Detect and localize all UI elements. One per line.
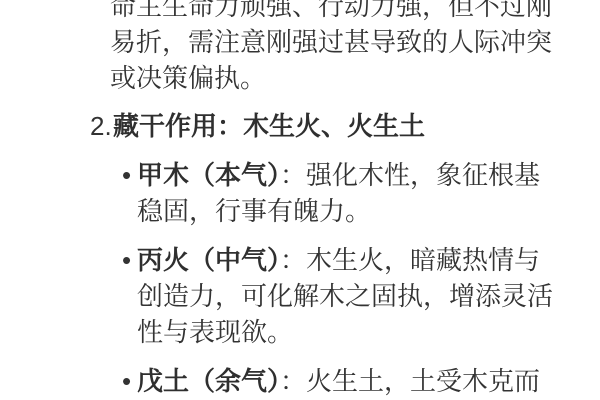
bullet-marker-icon: • <box>122 363 137 399</box>
bullet-text: 丙火（中气）：木生火，暗藏热情与 创造力，可化解木之固执，增添灵活 性与表现欲。 <box>137 242 600 350</box>
intro-paragraph: 命主生命力顽强、行动力强，但不过刚 易折，需注意刚强过甚导致的人际冲突 或决策偏… <box>110 0 600 96</box>
bullet-item: • 甲木（本气）：强化木性，象征根基 稳固，行事有魄力。 <box>122 157 600 229</box>
bullet-list: • 甲木（本气）：强化木性，象征根基 稳固，行事有魄力。 • 丙火（中气）：木生… <box>0 157 600 399</box>
paragraph-line: 命主生命力顽强、行动力强，但不过刚 <box>110 0 600 24</box>
bullet-first-line: 甲木（本气）：强化木性，象征根基 <box>137 157 600 193</box>
bullet-line-rest: ：火生土，土受木克而 <box>280 366 540 396</box>
bullet-line-rest: ：木生火，暗藏热情与 <box>280 245 540 275</box>
item-title: 藏干作用：木生火、火生土 <box>113 111 425 141</box>
bullet-term: 丙火（中气） <box>137 245 280 275</box>
bullet-wrap-line: 稳固，行事有魄力。 <box>137 193 600 229</box>
bullet-marker-icon: • <box>122 157 137 193</box>
bullet-text: 甲木（本气）：强化木性，象征根基 稳固，行事有魄力。 <box>137 157 600 229</box>
bullet-wrap-line: 性与表现欲。 <box>137 314 600 350</box>
bullet-marker-icon: • <box>122 242 137 278</box>
paragraph-line: 易折，需注意刚强过甚导致的人际冲突 <box>110 24 600 60</box>
bullet-term: 戊土（余气） <box>137 366 280 396</box>
bullet-line-rest: ：强化木性，象征根基 <box>280 160 540 190</box>
bullet-first-line: 戊土（余气）：火生土，土受木克而 <box>137 363 600 399</box>
paragraph-line: 或决策偏执。 <box>110 60 600 96</box>
numbered-heading: 2.藏干作用：木生火、火生土 <box>90 108 600 144</box>
bullet-item: • 戊土（余气）：火生土，土受木克而 <box>122 363 600 399</box>
bullet-text: 戊土（余气）：火生土，土受木克而 <box>137 363 600 399</box>
bullet-item: • 丙火（中气）：木生火，暗藏热情与 创造力，可化解木之固执，增添灵活 性与表现… <box>122 242 600 350</box>
document-body: 命主生命力顽强、行动力强，但不过刚 易折，需注意刚强过甚导致的人际冲突 或决策偏… <box>0 0 600 399</box>
bullet-wrap-line: 创造力，可化解木之固执，增添灵活 <box>137 278 600 314</box>
bullet-term: 甲木（本气） <box>137 160 280 190</box>
bullet-first-line: 丙火（中气）：木生火，暗藏热情与 <box>137 242 600 278</box>
item-number: 2. <box>90 108 113 144</box>
